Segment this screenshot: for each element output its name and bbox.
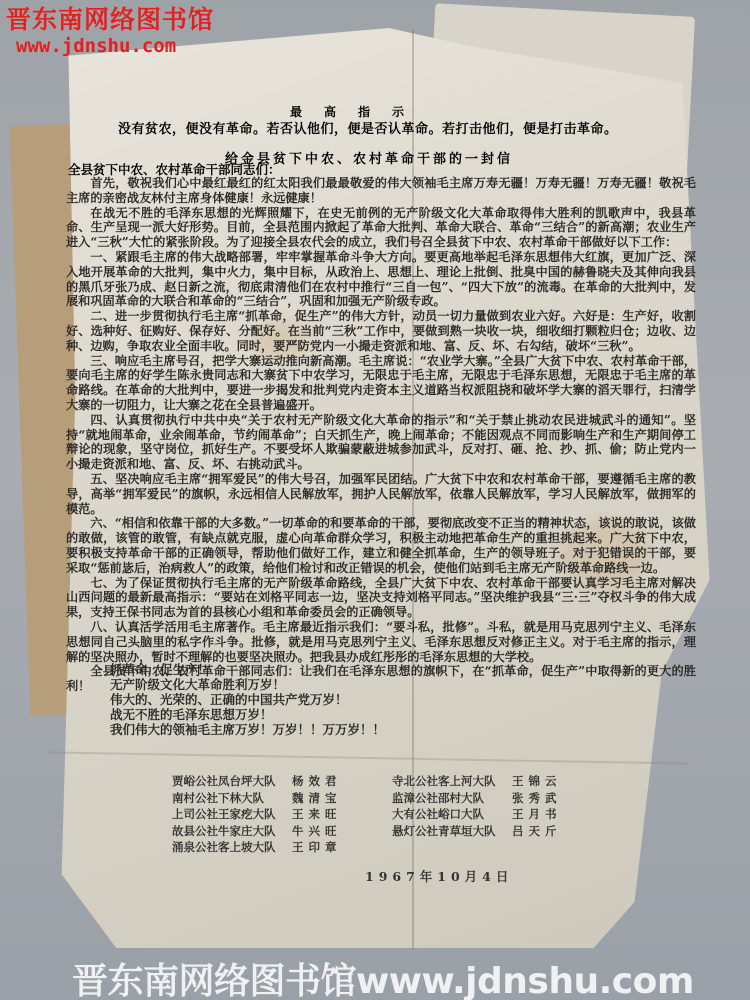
- signer-name: 张秀武: [512, 790, 562, 807]
- paragraph: 首先，敬祝我们心中最红最红的红太阳我们最最敬爱的伟大领袖毛主席万寿无疆！万寿无疆…: [66, 176, 696, 206]
- slogans: 抓革命，促生产！ 无产阶级文化大革命胜利万岁！ 伟大的、光荣的、正确的中国共产党…: [110, 662, 385, 737]
- signer: 监漳公社邵村大队张秀武: [392, 790, 562, 807]
- signer-name: 牛兴旺: [292, 823, 342, 840]
- paragraph: 四、认真贯彻执行中共中央“关于农村无产阶级文化大革命的指示”和“关于禁止挑动农民…: [66, 413, 696, 472]
- watermark-top-title: 晋东南网络图书馆: [6, 0, 214, 36]
- slogan: 抓革命，促生产！: [110, 662, 385, 677]
- signer-name: 王锦云: [512, 773, 562, 790]
- signer: 涌泉公社客上坡大队王印章: [172, 839, 342, 856]
- signer-name: 王印章: [292, 839, 342, 856]
- paragraph: 五、坚决响应毛主席“拥军爱民”的伟大号召，加强军民团结。广大贫下中农和农村革命干…: [66, 472, 696, 516]
- slogan: 我们伟大的领袖毛主席万岁！万岁！！万万岁！！: [110, 722, 385, 737]
- paragraph: 一、紧跟毛主席的伟大战略部署，牢牢掌握革命斗争大方向。要更高地举起毛泽东思想伟大…: [66, 250, 696, 309]
- signer-unit: 南村公社下林大队: [172, 790, 292, 807]
- paragraph: 在战无不胜的毛泽东思想的光辉照耀下，在史无前例的无产阶级文化大革命取得伟大胜利的…: [66, 206, 696, 250]
- paragraph: 三、响应毛主席号召，把学大寨运动推向新高潮。毛主席说：“农业学大寨。”全县广大贫…: [66, 354, 696, 413]
- letter-date: 1967年10月4日: [365, 867, 513, 885]
- paragraph: 八、认真活学活用毛主席著作。毛主席最近指示我们：“要斗私，批修”。斗私，就是用马…: [66, 620, 696, 664]
- letter-body: 首先，敬祝我们心中最红最红的红太阳我们最最敬爱的伟大领袖毛主席万寿无疆！万寿无疆…: [66, 176, 696, 694]
- paragraph: 二、进一步贯彻执行毛主席“抓革命，促生产”的伟大方针，动员一切力量做到农业六好。…: [66, 309, 696, 353]
- signer-name: 王来旺: [292, 806, 342, 823]
- signer-unit: 故县公社牛家庄大队: [172, 823, 292, 840]
- signer-unit: 上司公社王家疙大队: [172, 806, 292, 823]
- slogan: 战无不胜的毛泽东思想万岁！: [110, 707, 385, 722]
- paragraph: 七、为了保证贯彻执行毛主席的无产阶级革命路线，全县广大贫下中农、农村革命干部要认…: [66, 576, 696, 620]
- signer-name: 魏清宝: [292, 790, 342, 807]
- directive-quote: 没有贫农，便没有革命。若否认他们，便是否认革命。若打击他们，便是打击革命。: [118, 118, 618, 137]
- watermark-top-url: www.jdnshu.com: [16, 35, 176, 57]
- signer: 故县公社牛家庄大队牛兴旺: [172, 823, 342, 840]
- signer: 上司公社王家疙大队王来旺: [172, 806, 342, 823]
- signer: 悬灯公社青草垣大队吕天斤: [392, 823, 562, 840]
- signer-unit: 悬灯公社青草垣大队: [392, 823, 512, 840]
- slogan: 无产阶级文化大革命胜利万岁！: [110, 677, 385, 692]
- signer-name: 吕天斤: [512, 823, 562, 840]
- slogan: 伟大的、光荣的、正确的中国共产党万岁！: [110, 692, 385, 707]
- signer: 南村公社下林大队魏清宝: [172, 790, 342, 807]
- watermark-bottom: 晋东南网络图书馆www.jdnshu.com: [72, 953, 694, 1000]
- signer: 大有公社峪口大队王月书: [392, 806, 562, 823]
- signer-unit: 涌泉公社客上坡大队: [172, 839, 292, 856]
- signer-unit: 贾峪公社凤台坪大队: [172, 773, 292, 790]
- signer-unit: 监漳公社邵村大队: [392, 790, 512, 807]
- signers-left: 贾峪公社凤台坪大队杨效君 南村公社下林大队魏清宝 上司公社王家疙大队王来旺 故县…: [172, 773, 342, 856]
- paragraph: 六、“相信和依靠干部的大多数。”一切革命的和要革命的干部，要彻底改变不正当的精神…: [66, 516, 696, 575]
- signer-name: 王月书: [512, 806, 562, 823]
- signer-unit: 寺北公社客上河大队: [392, 773, 512, 790]
- signer-unit: 大有公社峪口大队: [392, 806, 512, 823]
- signer: 寺北公社客上河大队王锦云: [392, 773, 562, 790]
- signers-right: 寺北公社客上河大队王锦云 监漳公社邵村大队张秀武 大有公社峪口大队王月书 悬灯公…: [392, 773, 562, 839]
- signer: 贾峪公社凤台坪大队杨效君: [172, 773, 342, 790]
- signer-name: 杨效君: [292, 773, 342, 790]
